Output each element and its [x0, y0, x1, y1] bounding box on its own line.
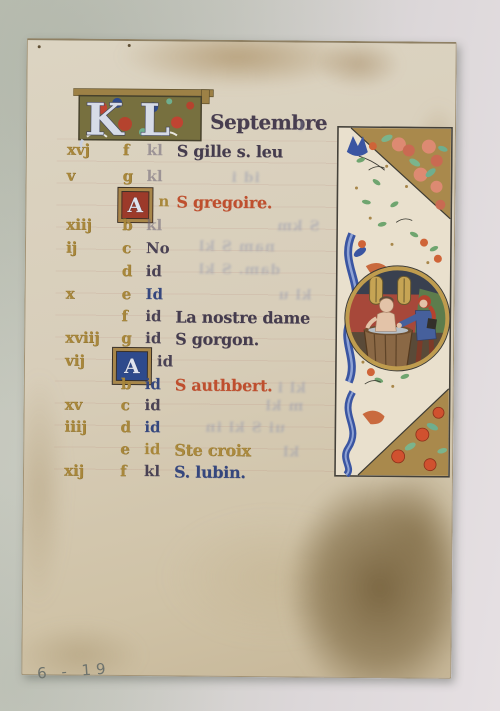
dominical-letter: f: [120, 462, 127, 480]
feast-entry: S gorgon.: [175, 329, 259, 349]
golden-number: xiij: [66, 215, 92, 233]
stain: [117, 38, 358, 89]
day-mark: kl: [147, 141, 163, 159]
month-heading: Septembre: [210, 110, 327, 135]
stain: [21, 370, 67, 610]
day-mark: id: [157, 352, 173, 370]
dominical-letter: c: [121, 396, 130, 414]
golden-number: xv: [65, 395, 83, 413]
day-mark: kl: [146, 216, 162, 234]
dominical-letter: f: [123, 141, 130, 159]
feast-entry: S. lubin.: [174, 462, 246, 482]
day-mark: id: [146, 262, 162, 280]
golden-number: ij: [66, 238, 77, 256]
speck: [128, 44, 131, 47]
showthrough-text: id i: [231, 170, 260, 186]
stain-bottom-right: [284, 472, 457, 678]
showthrough-text: t: [297, 118, 305, 134]
golden-number: iiij: [64, 417, 87, 435]
stain: [315, 39, 401, 90]
feast-entry: La nostre dame: [175, 307, 310, 327]
day-mark: Id: [145, 285, 163, 303]
day-mark: id: [145, 307, 161, 325]
feast-entry: Ste croix: [174, 440, 251, 460]
dominical-letter: e: [120, 440, 130, 458]
showthrough-text: kl u: [277, 287, 311, 303]
kl-letters: KL: [85, 95, 187, 147]
dominical-letter: f: [121, 307, 128, 325]
showthrough-text: dam. S kl: [198, 262, 281, 279]
showthrough-text: kl i: [277, 380, 306, 396]
showthrough-text: S km: [276, 218, 320, 234]
dominical-letter: e: [121, 285, 131, 303]
showthrough-text: ui S kl in: [204, 420, 285, 437]
stain: [163, 511, 384, 643]
golden-number: v: [67, 166, 76, 184]
border-art: [334, 126, 453, 478]
initial-letter: A: [127, 193, 143, 217]
golden-number: vij: [65, 351, 85, 369]
illuminated-border-panel: [334, 126, 453, 482]
day-mark: n: [158, 192, 169, 210]
showthrough-text: m kl: [265, 398, 304, 414]
day-mark: id: [145, 375, 161, 393]
speck: [38, 45, 41, 48]
manuscript-leaf: KL Septembre xvj f kl S gille s. leu v g…: [21, 38, 457, 679]
dominical-letter: d: [120, 418, 131, 436]
feast-entry: S authbert.: [175, 375, 273, 395]
day-mark: id: [144, 440, 160, 458]
feast-entry: S gregoire.: [176, 192, 272, 212]
dominical-letter: b: [121, 375, 132, 393]
day-mark: id: [144, 418, 160, 436]
golden-number: xvj: [67, 140, 90, 158]
day-mark: kl: [147, 167, 163, 185]
day-mark: kl: [144, 462, 160, 480]
day-mark: id: [145, 329, 161, 347]
golden-number: x: [65, 284, 74, 302]
showthrough-text: nam S kl: [198, 239, 275, 256]
feast-entry: S gille s. leu: [177, 141, 283, 161]
dominical-letter: g: [123, 167, 134, 185]
dominical-letter: b: [122, 216, 133, 234]
golden-number: xviij: [65, 328, 100, 346]
dominical-letter: c: [122, 239, 131, 257]
day-mark: No: [146, 239, 170, 257]
dominical-letter: d: [122, 262, 133, 280]
pencil-inscription: 6 - 19: [36, 659, 111, 682]
dominical-letter: g: [121, 329, 132, 347]
showthrough-text: kl: [282, 444, 299, 460]
golden-number: xij: [64, 461, 84, 479]
day-mark: id: [145, 396, 161, 414]
